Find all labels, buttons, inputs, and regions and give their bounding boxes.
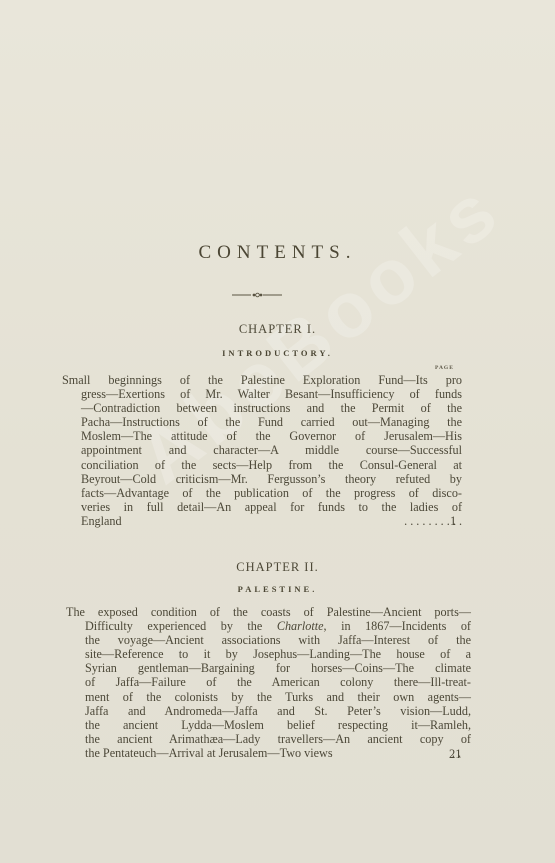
summary-line: Small beginnings of the Palestine Explor… [62,373,462,387]
summary-line: The exposed condition of the coasts of P… [66,605,471,619]
ornament-divider-icon [232,292,282,298]
chapter-1-summary: Small beginnings of the Palestine Explor… [62,373,462,528]
book-page: AbeBooks CONTENTS. CHAPTER I. INTRODUCTO… [0,0,555,863]
page-title: CONTENTS. [0,242,555,264]
summary-line: the ancient Lydda—Moslem belief respecti… [66,718,471,732]
summary-line: of Jaffa—Failure of the American colony … [66,675,471,689]
summary-line: veries in full detail—An appeal for fund… [62,500,462,514]
page-column-label: PAGE [435,365,454,371]
summary-line: site—Reference to it by Josephus—Landing… [66,647,471,661]
summary-line: Syrian gentleman—Bargaining for horses—C… [66,661,471,675]
summary-line: the Pentateuch—Arrival at Jerusalem—Two … [85,746,333,760]
chapter-2-page-number: 21 [449,747,462,762]
chapter-2-subtitle: PALESTINE. [0,584,555,594]
summary-line: appointment and character—A middle cours… [62,443,462,457]
chapter-2-summary: The exposed condition of the coasts of P… [66,605,471,760]
chapter-1-heading: CHAPTER I. [0,322,555,337]
summary-line: conciliation of the sects—Help from the … [62,458,462,472]
ship-name: Charlotte [277,619,324,633]
summary-line: the voyage—Ancient associations with Jaf… [66,633,471,647]
summary-line: the ancient Arimathæa—Lady travellers—An… [66,732,471,746]
summary-line: —Contradiction between instructions and … [62,401,462,415]
summary-line: facts—Advantage of the publication of th… [62,486,462,500]
summary-line: gress—Exertions of Mr. Walter Besant—Ins… [62,387,462,401]
summary-line: Beyrout—Cold criticism—Mr. Fergusson’s t… [62,472,462,486]
summary-line-last: England . . . . . . . . . . [62,514,462,528]
summary-line: ment of the colonists by the Turks and t… [66,690,471,704]
chapter-1-page-number: 1 [450,514,456,529]
summary-line: Moslem—The attitude of the Governor of J… [62,429,462,443]
chapter-1-subtitle: INTRODUCTORY. [0,348,555,358]
summary-line: England [81,514,122,528]
summary-line: Pacha—Instructions of the Fund carried o… [62,415,462,429]
chapter-2-heading: CHAPTER II. [0,560,555,575]
summary-line: Jaffa and Andromeda—Jaffa and St. Peter’… [66,704,471,718]
summary-line-last: the Pentateuch—Arrival at Jerusalem—Two … [66,746,471,760]
summary-line: Difficulty experienced by the Charlotte,… [66,619,471,633]
